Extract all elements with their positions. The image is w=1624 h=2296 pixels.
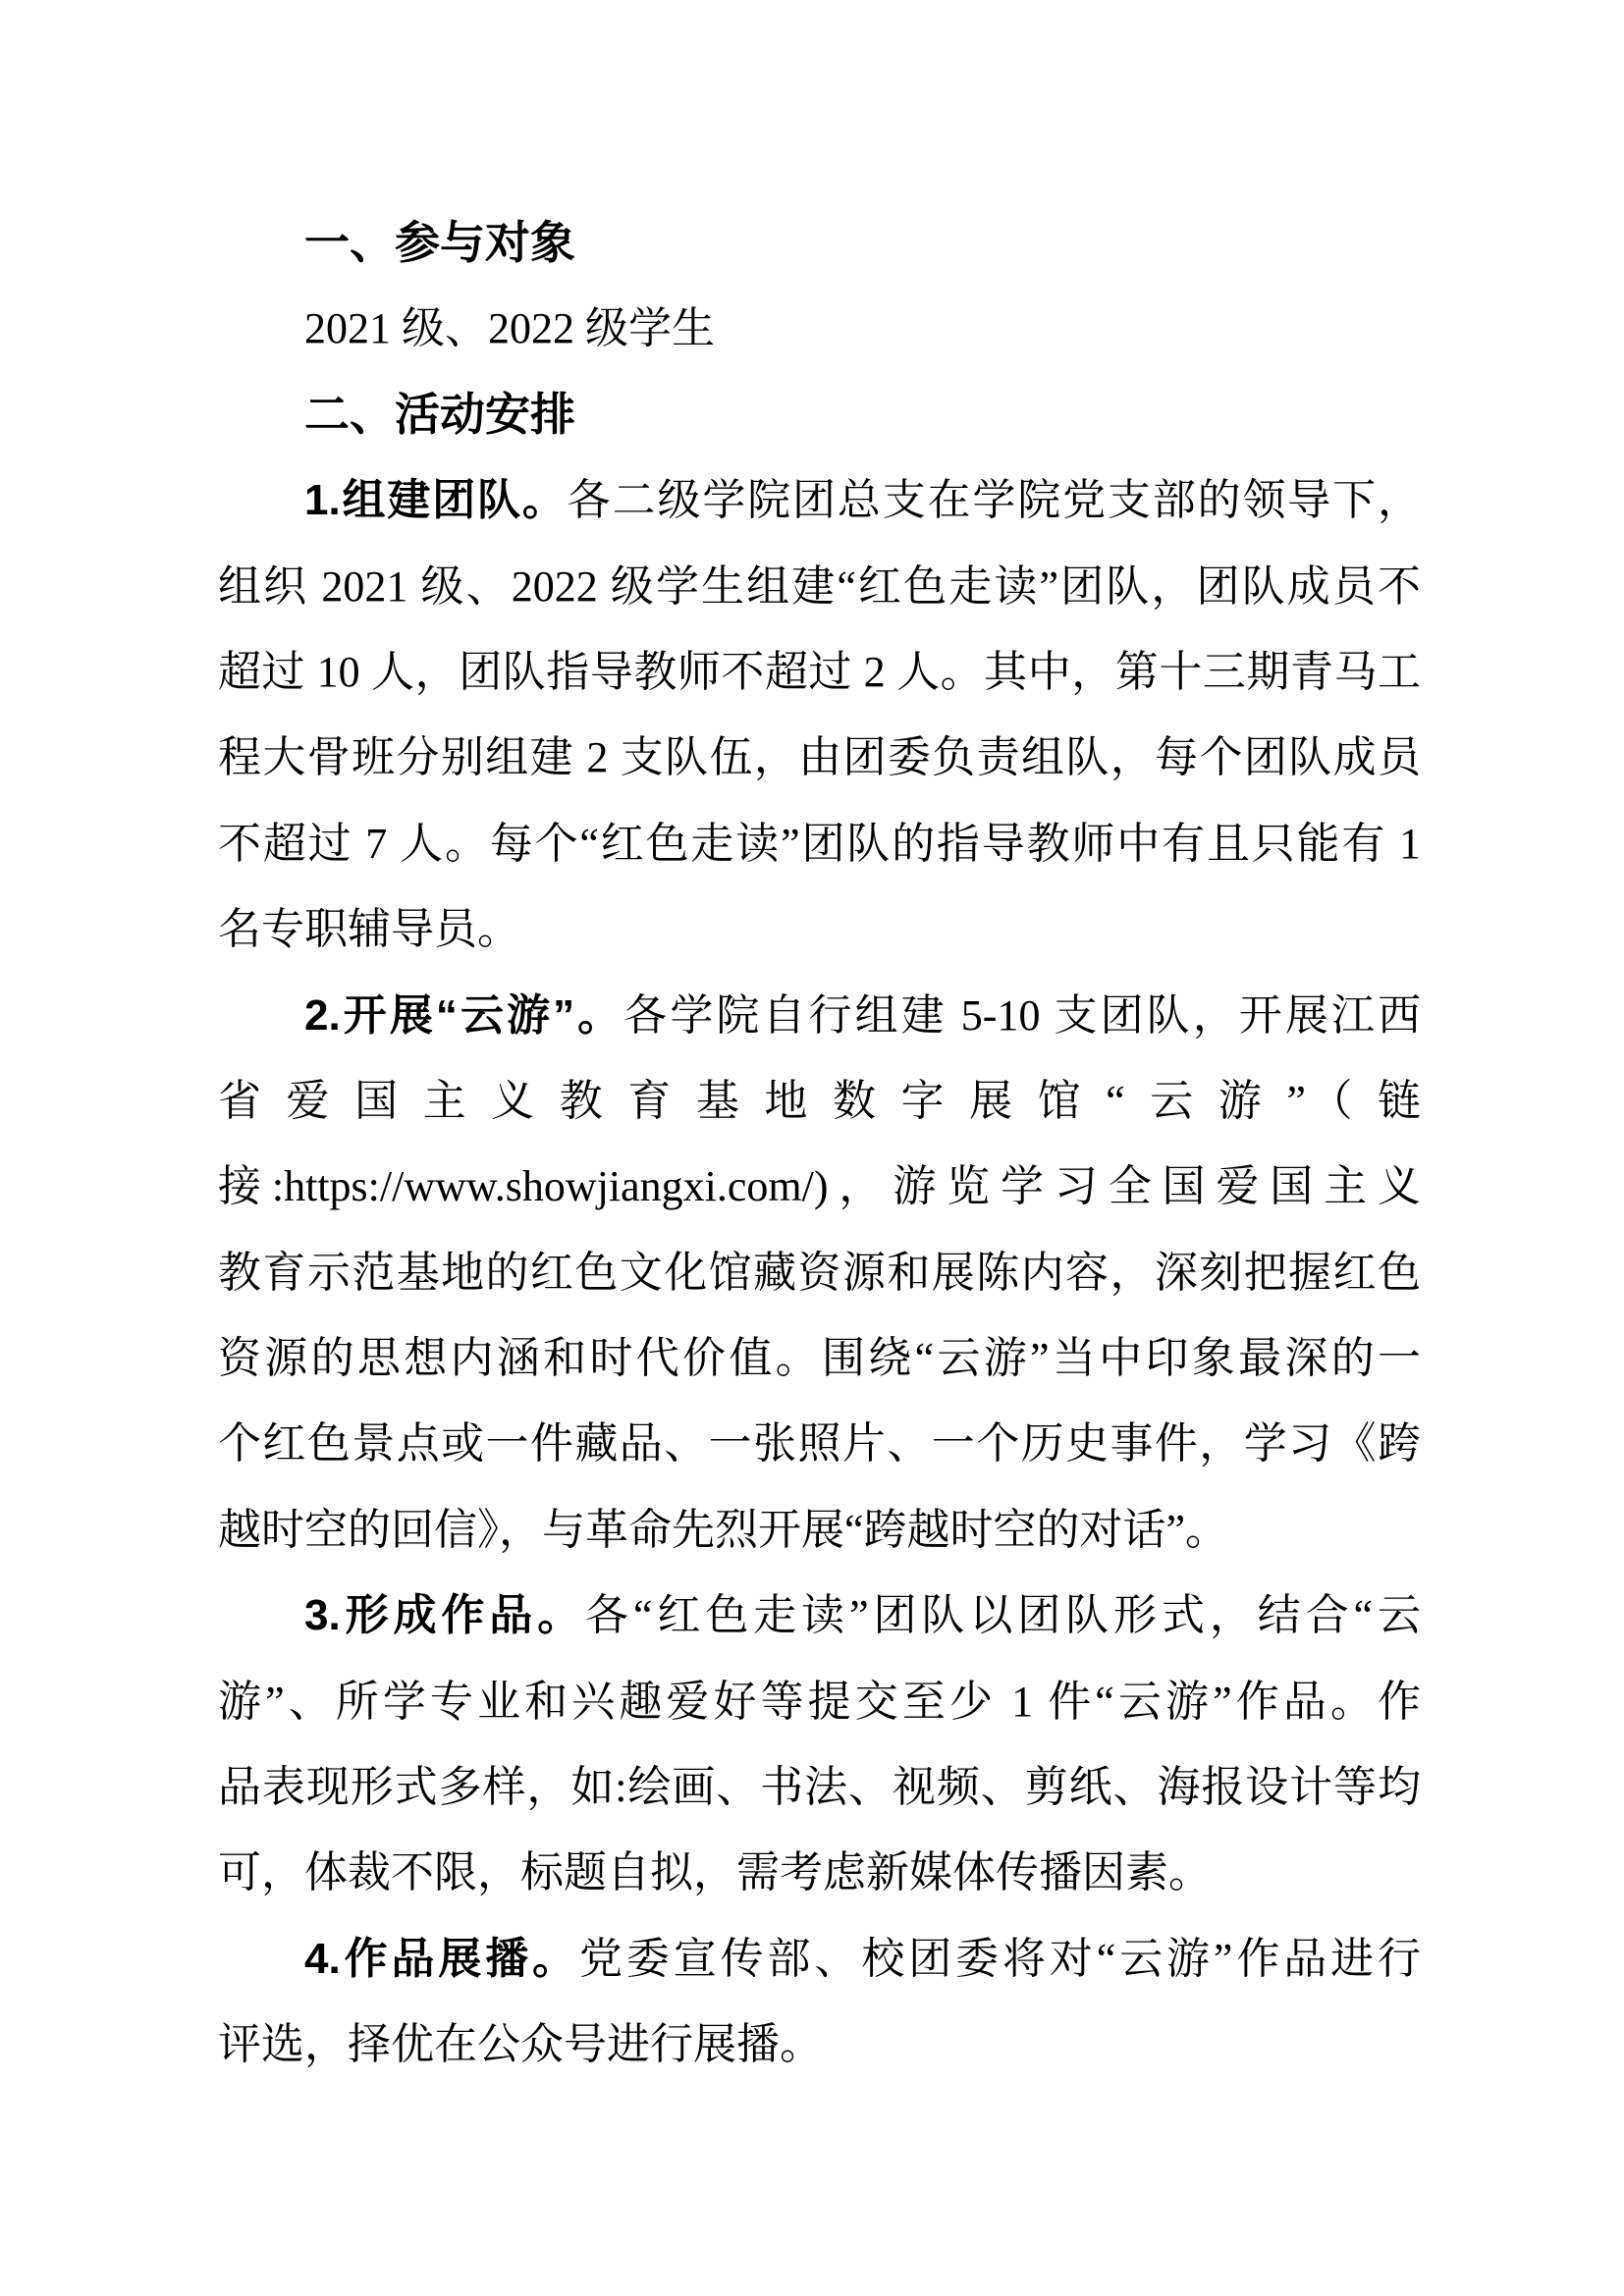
- para-3-line-3: 品表现形式多样，如:绘画、书法、视频、剪纸、海报设计等均: [218, 1744, 1421, 1830]
- text-segment: 教育示范基地的红色文化馆藏资源和展陈内容，深刻把握红色: [218, 1249, 1421, 1297]
- para-1-line-3: 超过 10 人，团队指导教师不超过 2 人。其中，第十三期青马工: [218, 629, 1421, 715]
- para-4-line-2: 评选，择优在公众号进行展播。: [218, 2002, 1421, 2087]
- para-1-line-6: 名专职辅导员。: [218, 886, 1421, 972]
- text-segment: 可，体裁不限，标题自拟，需考虑新媒体传播因素。: [218, 1848, 1212, 1896]
- para-4-line-1: 4.作品展播。党委宣传部、校团委将对“云游”作品进行: [218, 1916, 1421, 2002]
- para-2-line-6: 个红色景点或一件藏品、一张照片、一个历史事件，学习《跨: [218, 1401, 1421, 1486]
- text-segment: 越时空的回信》，与革命先烈开展“跨越时空的对话”。: [218, 1506, 1228, 1554]
- text-segment: 省爱国主义教育基地数字展馆“云游”（链: [218, 1077, 1421, 1125]
- section-2-heading: 二、活动安排: [218, 372, 1421, 457]
- para-2-line-2: 省爱国主义教育基地数字展馆“云游”（链: [218, 1058, 1421, 1144]
- section-1-heading: 一、参与对象: [218, 200, 1421, 286]
- para-2-line-1: 2.开展“云游”。各学院自行组建 5-10 支团队，开展江西: [218, 973, 1421, 1058]
- para-2-line-7: 越时空的回信》，与革命先烈开展“跨越时空的对话”。: [218, 1487, 1421, 1573]
- text-segment: 不超过 7 人。每个“红色走读”团队的指导教师中有且只能有 1: [218, 820, 1421, 868]
- text-segment: 各“红色走读”团队以团队形式，结合“云: [585, 1591, 1421, 1639]
- para-2-line-3: 接:https://www.showjiangxi.com/)，游览学习全国爱国…: [218, 1144, 1421, 1229]
- text-segment: 一、参与对象: [304, 217, 575, 268]
- text-segment: 2.开展“云游”。: [304, 991, 623, 1040]
- text-segment: 程大骨班分别组建 2 支队伍，由团委负责组队，每个团队成员: [218, 733, 1421, 781]
- para-3-line-4: 可，体裁不限，标题自拟，需考虑新媒体传播因素。: [218, 1830, 1421, 1915]
- text-segment: 3.形成作品。: [304, 1591, 585, 1639]
- document-text-block: 一、参与对象2021 级、2022 级学生二、活动安排1.组建团队。各二级学院团…: [218, 200, 1421, 2088]
- text-segment: 二、活动安排: [304, 389, 575, 440]
- para-3-line-2: 游”、所学专业和兴趣爱好等提交至少 1 件“云游”作品。作: [218, 1659, 1421, 1744]
- para-1-line-5: 不超过 7 人。每个“红色走读”团队的指导教师中有且只能有 1: [218, 801, 1421, 886]
- para-2-line-5: 资源的思想内涵和时代价值。围绕“云游”当中印象最深的一: [218, 1315, 1421, 1401]
- text-segment: 各学院自行组建 5-10 支团队，开展江西: [623, 991, 1421, 1040]
- text-segment: 1.组建团队。: [304, 476, 568, 524]
- document-page: 一、参与对象2021 级、2022 级学生二、活动安排1.组建团队。各二级学院团…: [0, 0, 1624, 2296]
- text-segment: 评选，择优在公众号进行展播。: [218, 2020, 823, 2068]
- text-segment: 资源的思想内涵和时代价值。围绕“云游”当中印象最深的一: [218, 1334, 1421, 1382]
- para-1-line-4: 程大骨班分别组建 2 支队伍，由团委负责组队，每个团队成员: [218, 715, 1421, 800]
- text-segment: 4.作品展播。: [304, 1935, 579, 1983]
- text-segment: 2021 级、2022 级学生: [304, 304, 715, 352]
- section-1-body-line: 2021 级、2022 级学生: [218, 286, 1421, 371]
- text-segment: 个红色景点或一件藏品、一张照片、一个历史事件，学习《跨: [218, 1419, 1421, 1468]
- para-2-line-4: 教育示范基地的红色文化馆藏资源和展陈内容，深刻把握红色: [218, 1230, 1421, 1315]
- para-3-line-1: 3.形成作品。各“红色走读”团队以团队形式，结合“云: [218, 1573, 1421, 1658]
- text-segment: 品表现形式多样，如:绘画、书法、视频、剪纸、海报设计等均: [218, 1763, 1421, 1811]
- text-segment: 组织 2021 级、2022 级学生组建“红色走读”团队，团队成员不: [218, 562, 1421, 611]
- para-1-line-2: 组织 2021 级、2022 级学生组建“红色走读”团队，团队成员不: [218, 544, 1421, 629]
- text-segment: 党委宣传部、校团委将对“云游”作品进行: [579, 1935, 1421, 1983]
- text-segment: 各二级学院团总支在学院党支部的领导下，: [568, 476, 1421, 524]
- text-segment: 名专职辅导员。: [218, 905, 520, 953]
- text-segment: 游”、所学专业和兴趣爱好等提交至少 1 件“云游”作品。作: [218, 1678, 1421, 1726]
- text-segment: 接:https://www.showjiangxi.com/)，游览学习全国爱国…: [218, 1162, 1421, 1210]
- text-segment: 超过 10 人，团队指导教师不超过 2 人。其中，第十三期青马工: [218, 648, 1421, 696]
- para-1-line-1: 1.组建团队。各二级学院团总支在学院党支部的领导下，: [218, 457, 1421, 543]
